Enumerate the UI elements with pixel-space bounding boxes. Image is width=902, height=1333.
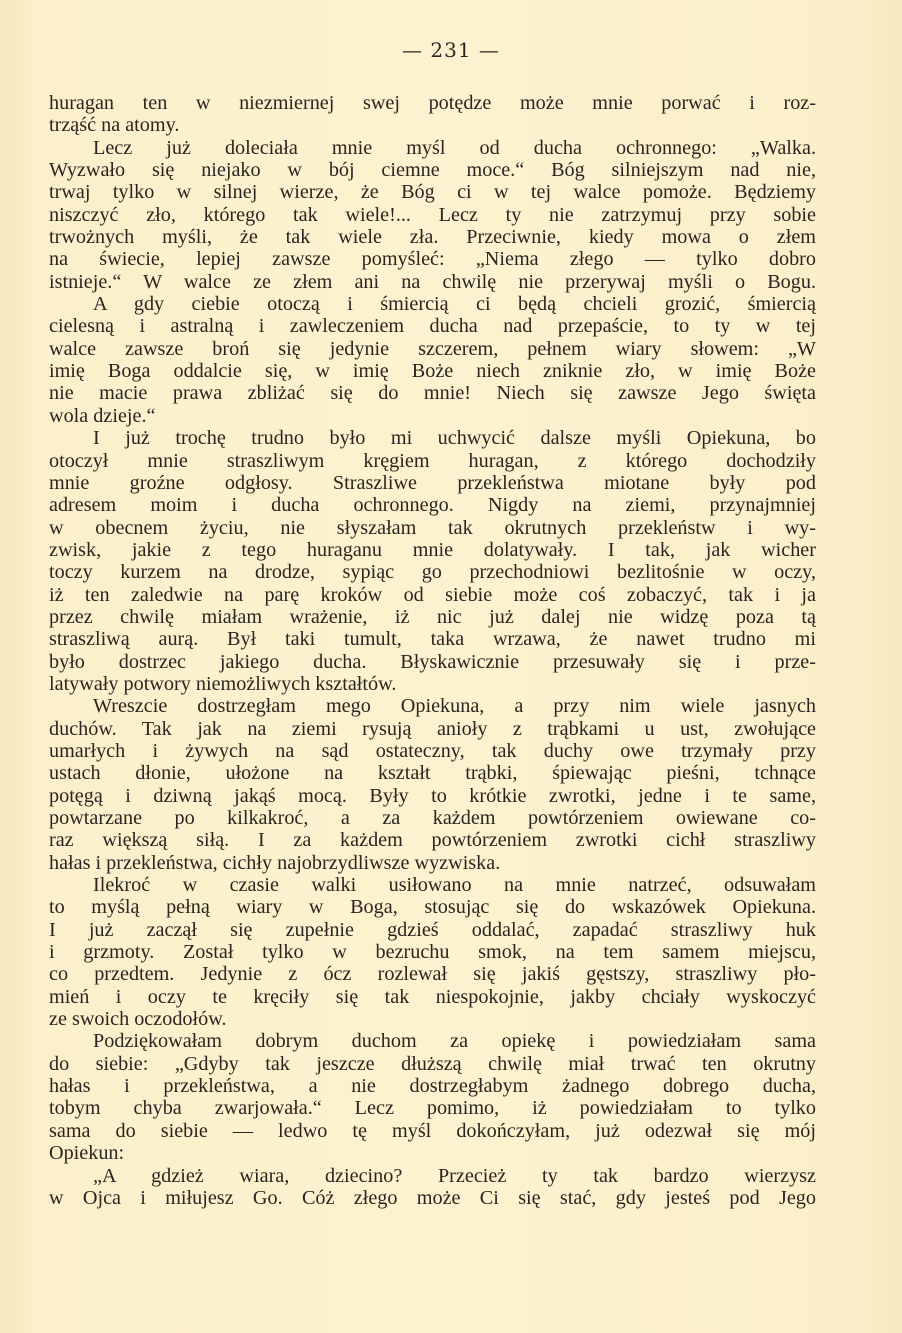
text-line: na świecie, lepiej zawsze pomyśleć: „Nie… [49,248,816,270]
text-line: potęgą i dziwną jakąś mocą. Były to krót… [49,785,816,807]
text-line: otoczył mnie straszliwym kręgiem huragan… [49,450,816,472]
text-line: co przedtem. Jedynie z ócz rozlewał się … [49,963,816,985]
paragraph-first-line: Lecz już doleciała mnie myśl od ducha oc… [49,137,816,159]
text-line: straszliwą aurą. Był taki tumult, taka w… [49,628,816,650]
paragraph-first-line: Ilekroć w czasie walki usiłowano na mnie… [49,874,816,896]
text-line: walce zawsze broń się jedynie szczerem, … [49,338,816,360]
paragraph-first-line: A gdy ciebie otoczą i śmiercią ci będą c… [49,293,816,315]
text-line: mnie groźne odgłosy. Straszliwe przekleń… [49,472,816,494]
text-line: sama do siebie — ledwo tę myśl dokończył… [49,1120,816,1142]
text-line: ze swoich oczodołów. [49,1008,816,1030]
paragraph-first-line: Wreszcie dostrzegłam mego Opiekuna, a pr… [49,695,816,717]
text-line: hałas i przekleństwa, a nie dostrzegłaby… [49,1075,816,1097]
text-line: istnieje.“ W walce ze złem ani na chwilę… [49,271,816,293]
text-line: niszczyć zło, którego tak wiele!... Lecz… [49,204,816,226]
text-line: i grzmoty. Został tylko w bezruchu smok,… [49,941,816,963]
text-line: hałas i przekleństwa, cichły najobrzydli… [49,852,816,874]
text-line: huragan ten w niezmiernej swej potędze m… [49,92,816,114]
text-line: I już zaczął się zupełnie gdzieś oddalać… [49,919,816,941]
text-line: umarłych i żywych na sąd ostateczny, tak… [49,740,816,762]
text-line: trząść na atomy. [49,114,816,136]
text-line: zwisk, jakie z tego huraganu mnie dolaty… [49,539,816,561]
text-line: wola dzieje.“ [49,405,816,427]
text-line: toczy kurzem na drodze, sypiąc go przech… [49,561,816,583]
text-line: przez chwilę miałam wrażenie, iż nic już… [49,606,816,628]
text-line: w obecnem życiu, nie słyszałam tak okrut… [49,517,816,539]
text-line: trwożnych myśli, że tak wiele zła. Przec… [49,226,816,248]
text-line: ustach dłonie, ułożone na kształt trąbki… [49,762,816,784]
paragraph-first-line: I już trochę trudno było mi uchwycić dal… [49,427,816,449]
text-line: trwaj tylko w silnej wierze, że Bóg ci w… [49,181,816,203]
text-line: Wyzwało się niejako w bój ciemne moce.“ … [49,159,816,181]
page-number: — 231 — [0,38,902,62]
text-line: w Ojca i miłujesz Go. Cóż złego może Ci … [49,1187,816,1209]
text-line: było dostrzec jakiego ducha. Błyskawiczn… [49,651,816,673]
text-line: adresem moim i ducha ochronnego. Nigdy n… [49,494,816,516]
paragraph-first-line: „A gdzież wiara, dziecino? Przecież ty t… [49,1165,816,1187]
text-line: Opiekun: [49,1142,816,1164]
text-line: iż ten zaledwie na parę kroków od siebie… [49,584,816,606]
text-line: imię Boga oddalcie się, w imię Boże niec… [49,360,816,382]
text-line: duchów. Tak jak na ziemi rysują anioły z… [49,718,816,740]
text-line: do siebie: „Gdyby tak jeszcze dłuższą ch… [49,1053,816,1075]
paragraph-first-line: Podziękowałam dobrym duchom za opiekę i … [49,1030,816,1052]
text-line: cielesną i astralną i zawleczeniem ducha… [49,315,816,337]
page-body-text: huragan ten w niezmiernej swej potędze m… [49,92,816,1209]
text-line: nie macie prawa zbliżać się do mnie! Nie… [49,382,816,404]
book-page: — 231 — huragan ten w niezmiernej swej p… [0,0,902,1333]
text-line: raz większą siłą. I za każdem powtórzeni… [49,829,816,851]
text-line: powtarzane po kilkakroć, a za każdem pow… [49,807,816,829]
text-line: tobym chyba zwarjowała.“ Lecz pomimo, iż… [49,1097,816,1119]
text-line: latywały potwory niemożliwych kształtów. [49,673,816,695]
text-line: mień i oczy te kręciły się tak niespokoj… [49,986,816,1008]
text-line: to myślą pełną wiary w Boga, stosując si… [49,896,816,918]
